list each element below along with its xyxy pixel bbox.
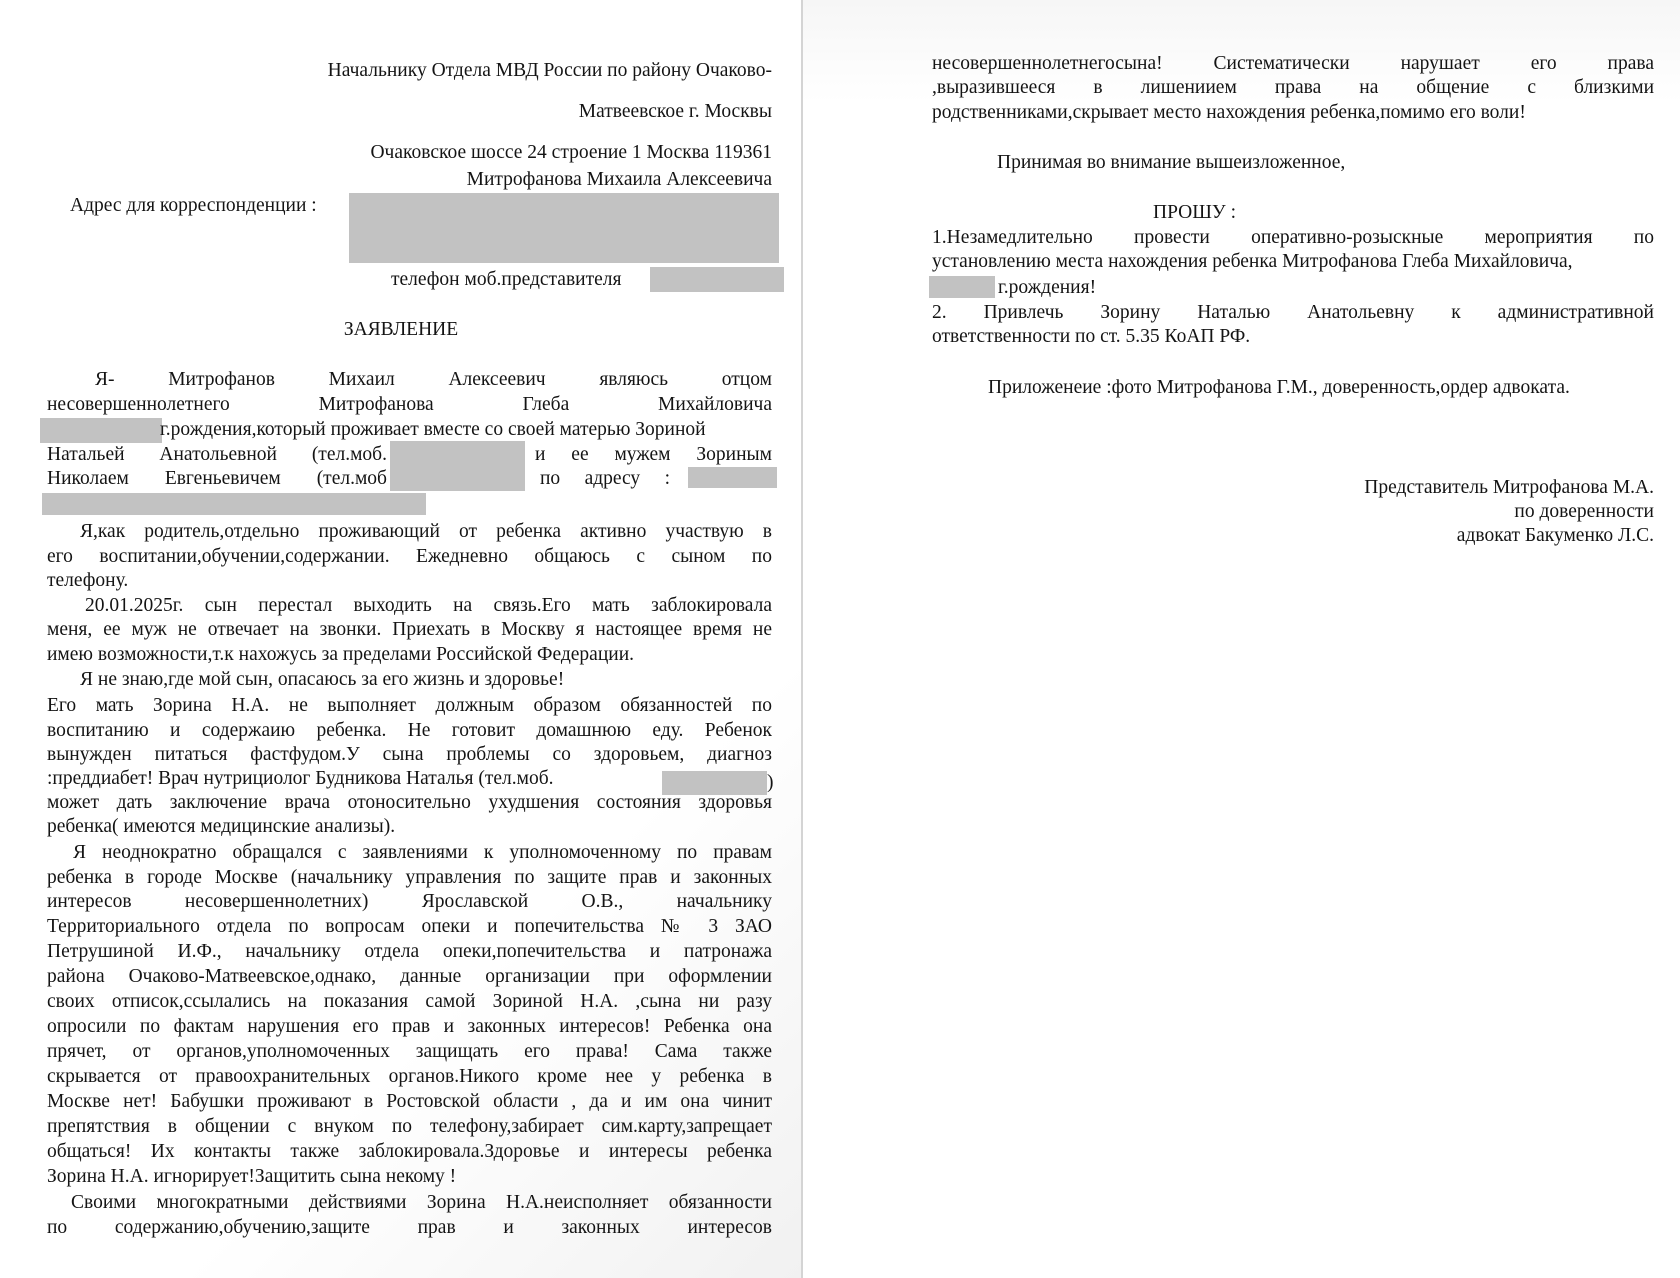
considering-line: Принимая во внимание вышеизложенное, <box>997 151 1345 175</box>
addressee-line-1: Начальнику Отдела МВД России по району О… <box>200 59 772 83</box>
redacted-phone-mother <box>390 441 525 491</box>
intro-word: Митрофанова <box>319 393 434 417</box>
body-line: вынужден питаться фастфудом.У сына пробл… <box>47 743 772 767</box>
intro-word: мужем <box>614 443 670 467</box>
document-page-2: несовершеннолетнегосына! Систематически … <box>803 0 1680 1278</box>
body-line: меня, ее муж не отвечает на звонки. Прие… <box>47 618 772 642</box>
body-line: имею возможности,т.к нахожусь за предела… <box>47 643 772 667</box>
body-line: :преддиабет! Врач нутрициолог Будникова … <box>47 767 662 791</box>
body-line: ребенка( имеются медицинские анализы). <box>47 815 772 839</box>
document-title: ЗАЯВЛЕНИЕ <box>0 318 802 342</box>
intro-word: (тел.моб <box>317 467 387 491</box>
continuation-line-3: родственниками,скрывает место нахождения… <box>932 101 1526 125</box>
intro-line-5a: Николаем Евгеньевичем (тел.моб <box>47 467 387 491</box>
redacted-address-long <box>42 493 426 515</box>
intro-word: адресу <box>585 467 641 491</box>
intro-word: отцом <box>722 368 772 392</box>
intro-word: Николаем <box>47 467 129 491</box>
continuation-line-1: несовершеннолетнегосына! Систематически … <box>932 52 1654 76</box>
redacted-phone <box>650 267 784 292</box>
body-line: района Очаково-Матвеевское,однако, данны… <box>47 965 772 989</box>
redacted-address <box>349 193 779 263</box>
intro-word: Евгеньевичем <box>165 467 281 491</box>
intro-word: Михаил <box>329 368 395 392</box>
body-line: Зорина Н.А. игнорирует!Защитить сына нек… <box>47 1165 772 1189</box>
intro-word: ее <box>571 443 588 467</box>
addressee-line-3: Очаковское шоссе 24 строение 1 Москва 11… <box>200 141 772 165</box>
intro-word: несовершеннолетнего <box>47 393 230 417</box>
body-line: Территориального отдела по вопросам опек… <box>47 915 772 939</box>
body-line: Своими многократными действиями Зорина Н… <box>71 1191 772 1215</box>
phone-label: телефон моб.представителя <box>391 268 621 292</box>
body-line: 20.01.2025г. сын перестал выходить на св… <box>85 594 772 618</box>
body-line: опросили по фактам нарушения его прав и … <box>47 1015 772 1039</box>
request-1-line-3: г.рождения! <box>998 276 1096 300</box>
redacted-phone-doctor <box>662 771 767 795</box>
body-line: Петрушиной И.Ф., начальнику отдела опеки… <box>47 940 772 964</box>
intro-word: и <box>535 443 545 467</box>
continuation-line-2: ,выразившееся в лишениием права на общен… <box>932 76 1654 100</box>
body-line: воспитанию и содержаию ребенка. Не готов… <box>47 719 772 743</box>
redacted-birthdate <box>40 418 162 443</box>
addressee-line-2: Матвеевское г. Москвы <box>200 100 772 124</box>
intro-word: Анатольевной <box>159 443 277 467</box>
body-line: общаться! Их контакты также заблокировал… <box>47 1140 772 1164</box>
body-line: своих отписок,ссылались на показания сам… <box>47 990 772 1014</box>
intro-line-2: несовершеннолетнего Митрофанова Глеба Ми… <box>47 393 772 417</box>
correspondence-label: Адрес для корреспонденции : <box>70 194 317 218</box>
intro-line-4b: и ее мужем Зориным <box>535 443 772 467</box>
body-line: ребенка в городе Москве (начальнику упра… <box>47 866 772 890</box>
applicant-name: Митрофанова Михаила Алексеевича <box>200 168 772 192</box>
body-line: по содержанию,обучению,защите прав и зак… <box>47 1216 772 1240</box>
body-line: телефону. <box>47 569 772 593</box>
intro-line-1: Я- Митрофанов Михаил Алексеевич являюсь … <box>47 368 772 392</box>
intro-word: : <box>665 467 670 491</box>
closing-paren: ) <box>767 771 774 795</box>
redacted-address-short <box>688 467 777 488</box>
redacted-birthdate-2 <box>929 276 995 298</box>
intro-word: Митрофанов <box>168 368 275 392</box>
body-line: Я неоднократно обращался с заявлениями к… <box>73 841 772 865</box>
intro-word: Глеба <box>522 393 569 417</box>
intro-word: по <box>540 467 560 491</box>
signature-line-3: адвокат Бакуменко Л.С. <box>1203 524 1654 548</box>
body-line: Москве нет! Бабушки проживают в Ростовск… <box>47 1090 772 1114</box>
request-title: ПРОШУ : <box>1153 201 1236 225</box>
intro-word: Я- <box>95 368 115 392</box>
intro-line-3: г.рождения,который проживает вместе со с… <box>160 418 772 442</box>
body-line: Его мать Зорина Н.А. не выполняет должны… <box>47 694 772 718</box>
signature-line-2: по доверенности <box>1203 500 1654 524</box>
intro-word: Алексеевич <box>448 368 545 392</box>
request-2-line-2: ответственности по ст. 5.35 КоАП РФ. <box>932 325 1250 349</box>
body-line: интересов несовершеннолетних) Ярославско… <box>47 890 772 914</box>
intro-line-5b: по адресу : <box>540 467 670 491</box>
request-2-line-1: 2. Привлечь Зорину Наталью Анатольевну к… <box>932 301 1654 325</box>
body-line: Я не знаю,где мой сын, опасаюсь за его ж… <box>80 668 772 692</box>
body-line: прячет, от органов,уполномоченных защища… <box>47 1040 772 1064</box>
body-line: препятствия в общении с внуком по телефо… <box>47 1115 772 1139</box>
intro-word: (тел.моб. <box>312 443 387 467</box>
body-line: скрывается от правоохранительных органов… <box>47 1065 772 1089</box>
intro-line-4a: Натальей Анатольевной (тел.моб. <box>47 443 387 467</box>
request-1-line-2: установлению места нахождения ребенка Ми… <box>932 250 1573 274</box>
intro-word: являюсь <box>599 368 668 392</box>
intro-word: Зориным <box>696 443 772 467</box>
body-line: его воспитании,обучении,содержании. Ежед… <box>47 545 772 569</box>
intro-word: Натальей <box>47 443 125 467</box>
document-page-1: Начальнику Отдела МВД России по району О… <box>0 0 802 1278</box>
signature-line-1: Представитель Митрофанова М.А. <box>1203 476 1654 500</box>
intro-word: Михайловича <box>658 393 772 417</box>
request-1-line-1: 1.Незамедлительно провести оперативно-ро… <box>932 226 1654 250</box>
body-line: Я,как родитель,отдельно проживающий от р… <box>80 520 772 544</box>
attachment-line: Приложенеие :фото Митрофанова Г.М., дове… <box>988 376 1570 400</box>
